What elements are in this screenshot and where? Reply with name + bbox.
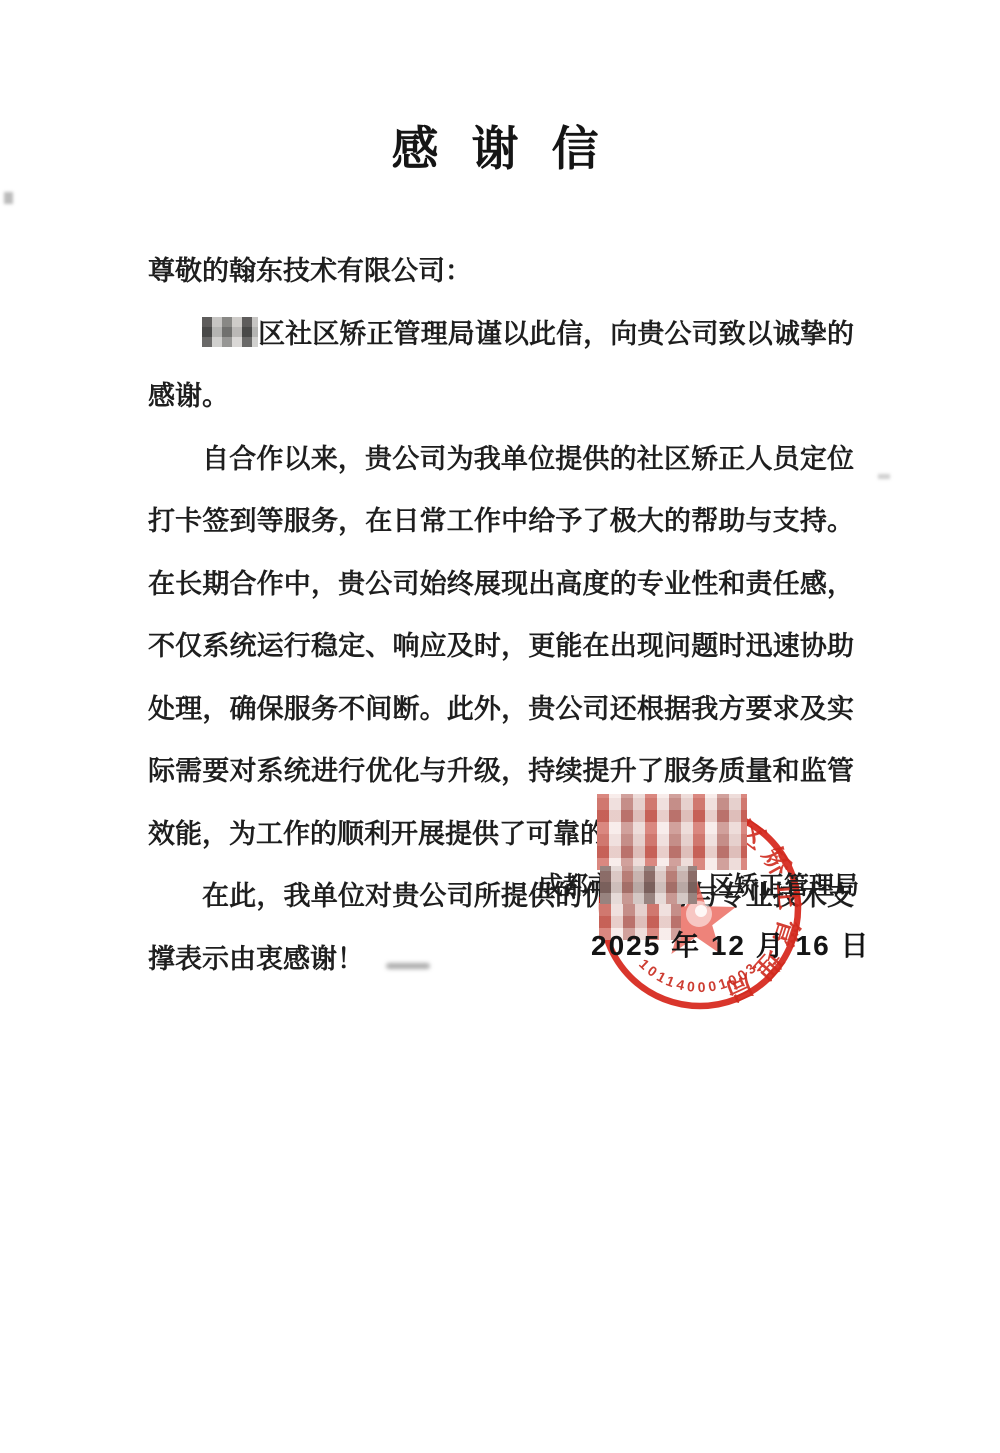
letter-page: 感 谢 信 尊敬的翰东技术有限公司： 区社区矫正管理局谨以此信，向贵公司致以诚挚…: [0, 0, 1000, 1453]
redaction-over-seal-top: [597, 794, 747, 870]
date-line: 2025 年 12 月 16 日: [591, 924, 870, 964]
signature-line: 成都市 区矫正管理局: [538, 864, 859, 904]
paragraph-2: 自合作以来，贵公司为我单位提供的社区矫正人员定位打卡签到等服务，在日常工作中给予…: [148, 428, 854, 866]
paragraph-1: 区社区矫正管理局谨以此信，向贵公司致以诚挚的感谢。: [148, 303, 854, 428]
redaction-over-signature: [600, 866, 697, 904]
scan-smudge: [386, 963, 430, 969]
scan-speck-left: [4, 192, 13, 204]
page-title: 感 谢 信: [0, 112, 1000, 179]
star-glare-core: [695, 905, 707, 917]
signature-suffix: 区矫正管理局: [709, 866, 859, 902]
scan-speck-right: [878, 474, 890, 479]
redacted-district-name: [202, 317, 258, 347]
salutation: 尊敬的翰东技术有限公司：: [148, 240, 854, 303]
